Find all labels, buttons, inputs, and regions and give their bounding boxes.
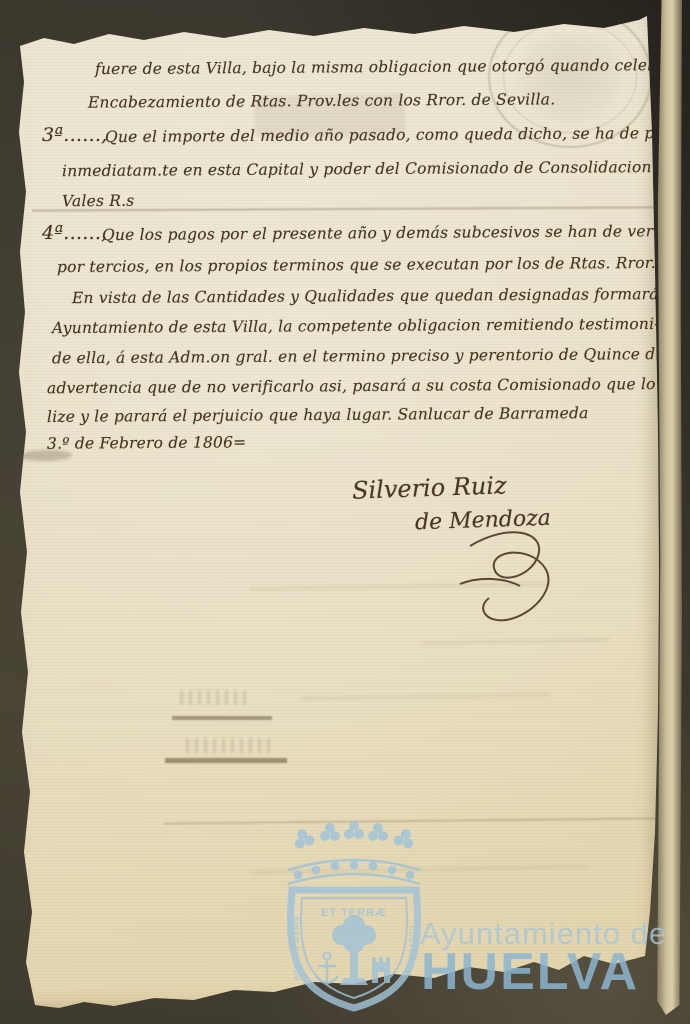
signature-name: Silverio Ruiz xyxy=(352,471,508,504)
document-photo: 3ª……, 4ª……, fuere de esta Villa, bajo la… xyxy=(0,0,690,1024)
clause-number-4: 4ª……, xyxy=(42,222,107,244)
clause-number-3: 3ª……, xyxy=(42,124,107,146)
manuscript-page: 3ª……, 4ª……, fuere de esta Villa, bajo la… xyxy=(14,12,662,1014)
ghost-bleedthrough-rule xyxy=(172,716,272,720)
manuscript-line: 3.º de Febrero de 1806= xyxy=(47,433,246,452)
ghost-bleedthrough-numbers xyxy=(186,738,270,753)
manuscript-line: advertencia que de no verificarlo asi, p… xyxy=(47,375,690,398)
manuscript-line: Que los pagos por el presente año y demá… xyxy=(102,222,690,244)
ghost-bleedthrough-numbers xyxy=(180,690,252,705)
manuscript-line: En vista de las Cantidades y Qualidades … xyxy=(72,285,678,307)
manuscript-line: por tercios, en los propios terminos que… xyxy=(57,254,656,276)
manuscript-line: de ella, á esta Adm.on gral. en el termi… xyxy=(52,345,690,368)
manuscript-line: Vales R.s xyxy=(62,192,134,211)
ghost-bleedthrough-rule xyxy=(165,758,287,763)
fold-crease xyxy=(164,817,658,824)
manuscript-line: Que el importe del medio año pasado, com… xyxy=(105,124,690,146)
manuscript-line: Ayuntamiento de esta Villa, la competent… xyxy=(52,315,660,337)
ghost-bleedthrough-mark xyxy=(420,638,610,644)
manuscript-line: inmediatam.te en esta Capital y poder de… xyxy=(62,158,676,180)
ghost-bleedthrough-mark xyxy=(300,693,550,700)
ghost-bleedthrough-mark xyxy=(250,865,590,874)
manuscript-line: lize y le parará el perjuicio que haya l… xyxy=(47,404,589,426)
manuscript-line: Encabezamiento de Rtas. Prov.les con los… xyxy=(88,90,555,111)
signature-flourish xyxy=(450,528,580,628)
